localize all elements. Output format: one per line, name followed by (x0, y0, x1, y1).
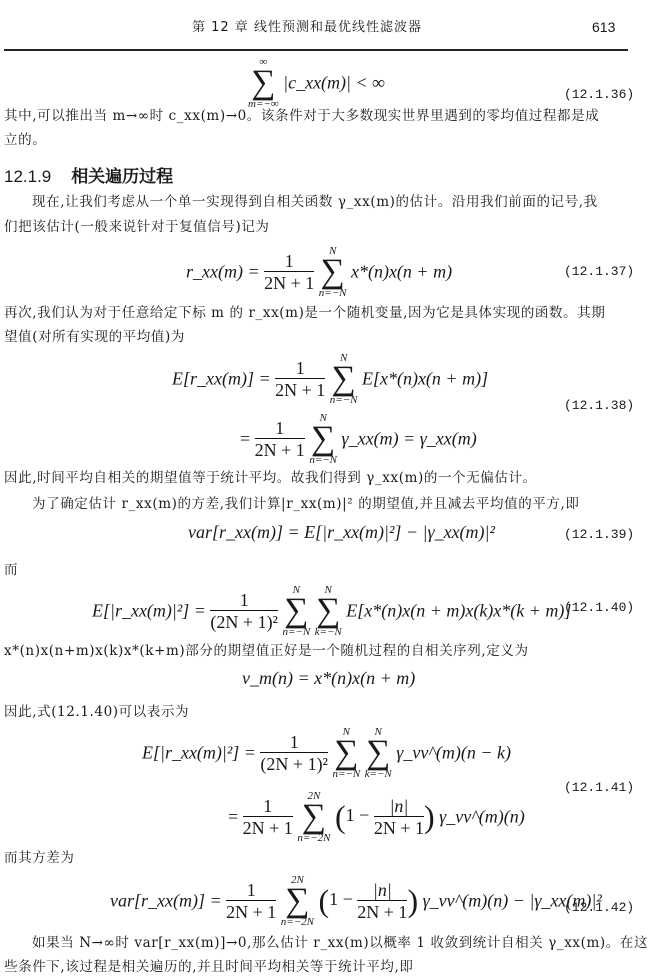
summation: N ∑ n=−N (319, 245, 347, 299)
paragraph-line: 些条件下,该过程是相关遍历的,并且时间平均相关等于统计平均,即 (4, 959, 413, 975)
summation: N ∑ n=−N (309, 412, 337, 466)
paragraph-line: 望值(对所有实现的平均值)为 (4, 329, 185, 345)
paragraph-line: 因此,式(12.1.40)可以表示为 (4, 704, 189, 720)
equation-12-1-41b: = 12N + 1 2N ∑ n=−2N (1 − |n|2N + 1) γ_v… (228, 790, 525, 844)
equation-12-1-41a: E[|r_xx(m)|²] = 1(2N + 1)² N ∑ n=−N N ∑ … (142, 726, 511, 780)
fraction: |n|2N + 1 (374, 796, 424, 839)
summation: N ∑ k=−N (315, 584, 342, 638)
paragraph-line: 而其方差为 (4, 850, 75, 866)
equation-12-1-36: ∞ ∑ m=−∞ |c_xx(m)| < ∞ (248, 56, 385, 110)
page-number: 613 (592, 19, 615, 35)
paragraph-line: x*(n)x(n+m)x(k)x*(k+m)部分的期望值正好是一个随机过程的自相… (4, 643, 529, 659)
section-number: 12.1.9 (4, 167, 51, 186)
equation-12-1-38b: = 12N + 1 N ∑ n=−N γ_xx(m) = γ_xx(m) (240, 412, 477, 466)
paragraph-line: 而 (4, 562, 18, 578)
paragraph-line: 再次,我们认为对于任意给定下标 m 的 r_xx(m)是一个随机变量,因为它是具… (4, 305, 605, 321)
fraction: 12N + 1 (275, 358, 325, 401)
summation: N ∑ k=−N (365, 726, 392, 780)
paragraph-line: 如果当 N→∞时 var[r_xx(m)]→0,那么估计 r_xx(m)以概率 … (32, 935, 648, 951)
equation-number: (12.1.41) (564, 780, 634, 795)
section-title: 相关遍历过程 (71, 167, 173, 187)
equation-number: (12.1.37) (564, 264, 634, 279)
paragraph-line: 们把该估计(一般来说针对于复值信号)记为 (4, 219, 270, 235)
fraction: 12N + 1 (255, 418, 305, 461)
equation-12-1-39: var[r_xx(m)] = E[|r_xx(m)|²] − |γ_xx(m)|… (188, 522, 495, 543)
fraction: 12N + 1 (243, 796, 293, 839)
paragraph-line: 现在,让我们考虑从一个单一实现得到自相关函数 γ_xx(m)的估计。沿用我们前面… (32, 194, 598, 210)
fraction: |n|2N + 1 (357, 880, 407, 923)
summation: ∞ ∑ m=−∞ (248, 56, 279, 110)
equation-12-1-38a: E[r_xx(m)] = 12N + 1 N ∑ n=−N E[x*(n)x(n… (172, 352, 488, 406)
section-heading: 12.1.9 相关遍历过程 (4, 162, 173, 187)
equation-v-definition: v_m(n) = x*(n)x(n + m) (242, 668, 415, 689)
summation: N ∑ n=−N (330, 352, 358, 406)
equation-12-1-42: var[r_xx(m)] = 12N + 1 2N ∑ n=−2N (1 − |… (110, 874, 602, 928)
paragraph-line: 其中,可以推出当 m→∞时 c_xx(m)→0。该条件对于大多数现实世界里遇到的… (4, 108, 599, 124)
equation-12-1-40: E[|r_xx(m)|²] = 1(2N + 1)² N ∑ n=−N N ∑ … (92, 584, 571, 638)
equation-12-1-37: r_xx(m) = 12N + 1 N ∑ n=−N x*(n)x(n + m) (186, 245, 452, 299)
summation: 2N ∑ n=−2N (281, 874, 314, 928)
equation-number: (12.1.42) (564, 900, 634, 915)
summation: N ∑ n=−N (332, 726, 360, 780)
fraction: 12N + 1 (226, 880, 276, 923)
header-rule (4, 49, 628, 51)
equation-number: (12.1.40) (564, 600, 634, 615)
equation-number: (12.1.39) (564, 527, 634, 542)
paragraph-line: 因此,时间平均自相关的期望值等于统计平均。故我们得到 γ_xx(m)的一个无偏估… (4, 470, 537, 486)
equation-number: (12.1.38) (564, 398, 634, 413)
summation: N ∑ n=−N (282, 584, 310, 638)
paragraph-line: 为了确定估计 r_xx(m)的方差,我们计算|r_xx(m)|² 的期望值,并且… (32, 496, 580, 512)
equation-number: (12.1.36) (564, 87, 634, 102)
paragraph-line: 立的。 (4, 132, 46, 148)
running-header: 第 12 章 线性预测和最优线性滤波器 (192, 16, 422, 35)
summation: 2N ∑ n=−2N (297, 790, 330, 844)
fraction: 12N + 1 (264, 251, 314, 294)
fraction: 1(2N + 1)² (260, 732, 328, 775)
fraction: 1(2N + 1)² (210, 590, 278, 633)
